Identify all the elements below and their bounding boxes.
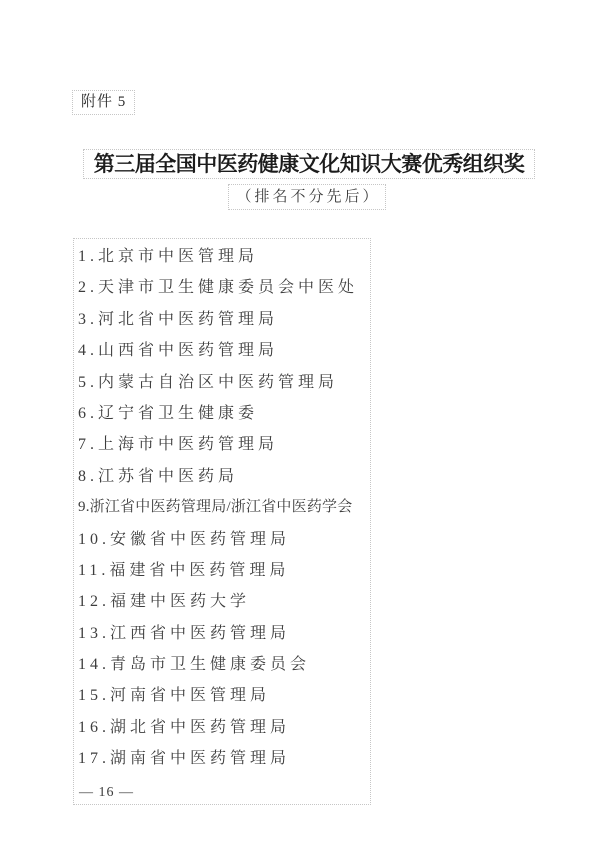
list-item: 4.山西省中医药管理局 xyxy=(78,335,370,366)
list-item: 3.河北省中医药管理局 xyxy=(78,304,370,335)
page-number: — 16 — xyxy=(79,785,134,801)
award-list-frame: 1.北京市中医管理局2.天津市卫生健康委员会中医处3.河北省中医药管理局4.山西… xyxy=(73,238,371,805)
list-item: 7.上海市中医药管理局 xyxy=(78,429,370,460)
list-item: 5.内蒙古自治区中医药管理局 xyxy=(78,367,370,398)
award-list: 1.北京市中医管理局2.天津市卫生健康委员会中医处3.河北省中医药管理局4.山西… xyxy=(74,239,370,775)
list-item: 16.湖北省中医药管理局 xyxy=(78,712,370,743)
list-item: 9.浙江省中医药管理局/浙江省中医药学会 xyxy=(78,492,370,523)
list-item: 14.青岛市卫生健康委员会 xyxy=(78,649,370,680)
document-page: 附件 5 第三届全国中医药健康文化知识大赛优秀组织奖 （排名不分先后） 1.北京… xyxy=(0,0,600,848)
list-item: 8.江苏省中医药局 xyxy=(78,461,370,492)
list-item: 13.江西省中医药管理局 xyxy=(78,618,370,649)
list-item: 17.湖南省中医药管理局 xyxy=(78,743,370,774)
list-item: 1.北京市中医管理局 xyxy=(78,241,370,272)
list-item: 11.福建省中医药管理局 xyxy=(78,555,370,586)
list-item: 12.福建中医药大学 xyxy=(78,586,370,617)
list-item: 10.安徽省中医药管理局 xyxy=(78,524,370,555)
list-item: 15.河南省中医管理局 xyxy=(78,680,370,711)
attachment-label: 附件 5 xyxy=(72,90,135,115)
list-item: 2.天津市卫生健康委员会中医处 xyxy=(78,272,370,303)
page-title: 第三届全国中医药健康文化知识大赛优秀组织奖 xyxy=(83,149,535,179)
list-item: 6.辽宁省卫生健康委 xyxy=(78,398,370,429)
page-subtitle: （排名不分先后） xyxy=(228,184,386,210)
